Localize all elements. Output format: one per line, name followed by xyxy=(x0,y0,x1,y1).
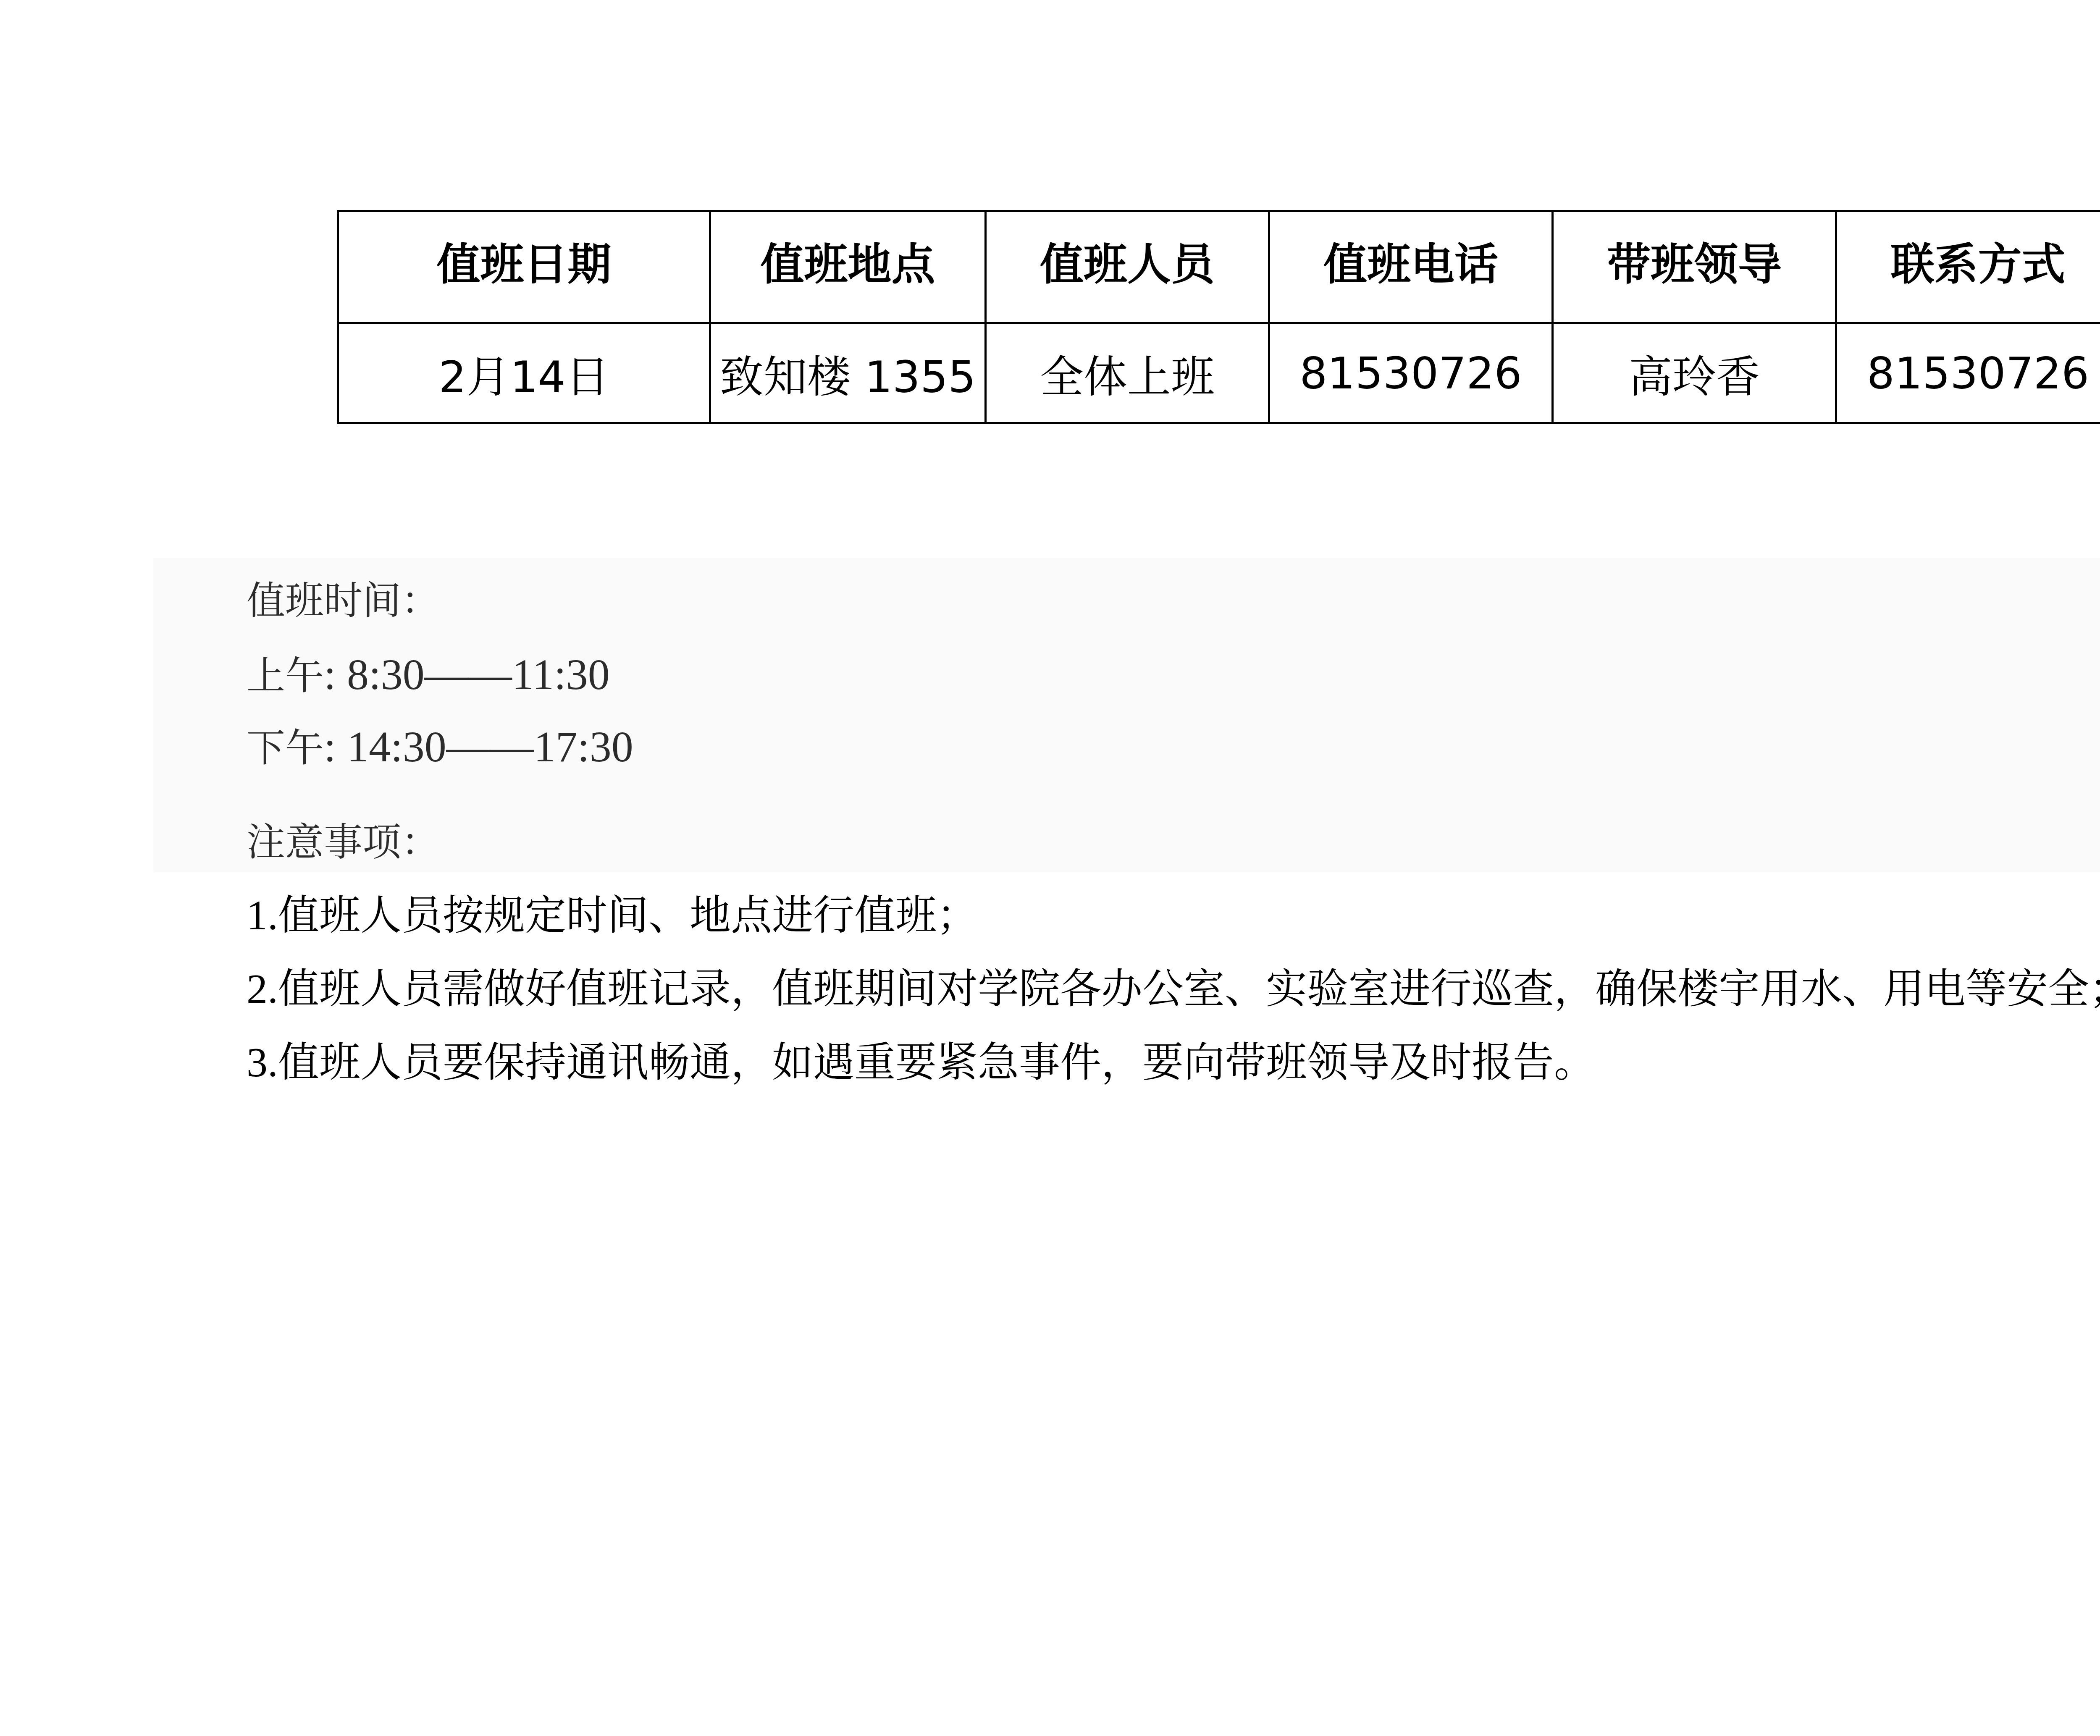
note-number: 1. xyxy=(247,892,278,939)
afternoon-separator: : xyxy=(324,723,347,771)
note-item: 2.值班人员需做好值班记录，值班期间对学院各办公室、实验室进行巡查，确保楼宇用水… xyxy=(247,968,2100,1010)
document-page: 值班日期 值班地点 值班人员 值班电话 带班领导 联系方式 2月14日 致知楼 … xyxy=(0,0,2100,1736)
schedule-title: 值班时间： xyxy=(247,582,440,620)
note-text: 值班人员需做好值班记录，值班期间对学院各办公室、实验室进行巡查，确保楼宇用水、用… xyxy=(278,965,2100,1013)
afternoon-label: 下午 xyxy=(247,726,324,771)
note-number: 2. xyxy=(247,965,278,1012)
header-contact: 联系方式 xyxy=(1836,211,2100,323)
header-duty-date: 值班日期 xyxy=(338,211,710,323)
note-item: 1.值班人员按规定时间、地点进行值班； xyxy=(247,894,978,936)
cell-location: 致知楼 1355 xyxy=(710,323,986,423)
cell-leader: 高玲香 xyxy=(1553,323,1836,423)
table-header-row: 值班日期 值班地点 值班人员 值班电话 带班领导 联系方式 xyxy=(338,211,2100,323)
cell-contact: 81530726 xyxy=(1836,323,2100,423)
header-lead-leader: 带班领导 xyxy=(1553,211,1836,323)
afternoon-time: 14:30——17:30 xyxy=(347,723,633,771)
cell-date: 2月14日 xyxy=(338,323,710,423)
header-duty-location: 值班地点 xyxy=(710,211,986,323)
schedule-background-band xyxy=(153,558,2100,872)
morning-time: 8:30——11:30 xyxy=(347,650,610,699)
header-duty-phone: 值班电话 xyxy=(1269,211,1553,323)
cell-phone: 81530726 xyxy=(1269,323,1553,423)
morning-separator: : xyxy=(324,650,347,699)
morning-label: 上午 xyxy=(247,653,324,698)
note-item: 3.值班人员要保持通讯畅通，如遇重要紧急事件，要向带班领导及时报告。 xyxy=(247,1041,1595,1083)
schedule-morning: 上午: 8:30——11:30 xyxy=(247,653,610,697)
duty-schedule-table: 值班日期 值班地点 值班人员 值班电话 带班领导 联系方式 2月14日 致知楼 … xyxy=(337,210,2100,424)
note-number: 3. xyxy=(247,1039,278,1086)
schedule-afternoon: 下午: 14:30——17:30 xyxy=(247,725,633,769)
note-text: 值班人员按规定时间、地点进行值班； xyxy=(278,892,978,939)
header-duty-staff: 值班人员 xyxy=(986,211,1269,323)
note-text: 值班人员要保持通讯畅通，如遇重要紧急事件，要向带班领导及时报告。 xyxy=(278,1038,1595,1086)
cell-staff: 全体上班 xyxy=(986,323,1269,423)
table-row: 2月14日 致知楼 1355 全体上班 81530726 高玲香 8153072… xyxy=(338,323,2100,423)
notes-title: 注意事项： xyxy=(247,823,440,862)
